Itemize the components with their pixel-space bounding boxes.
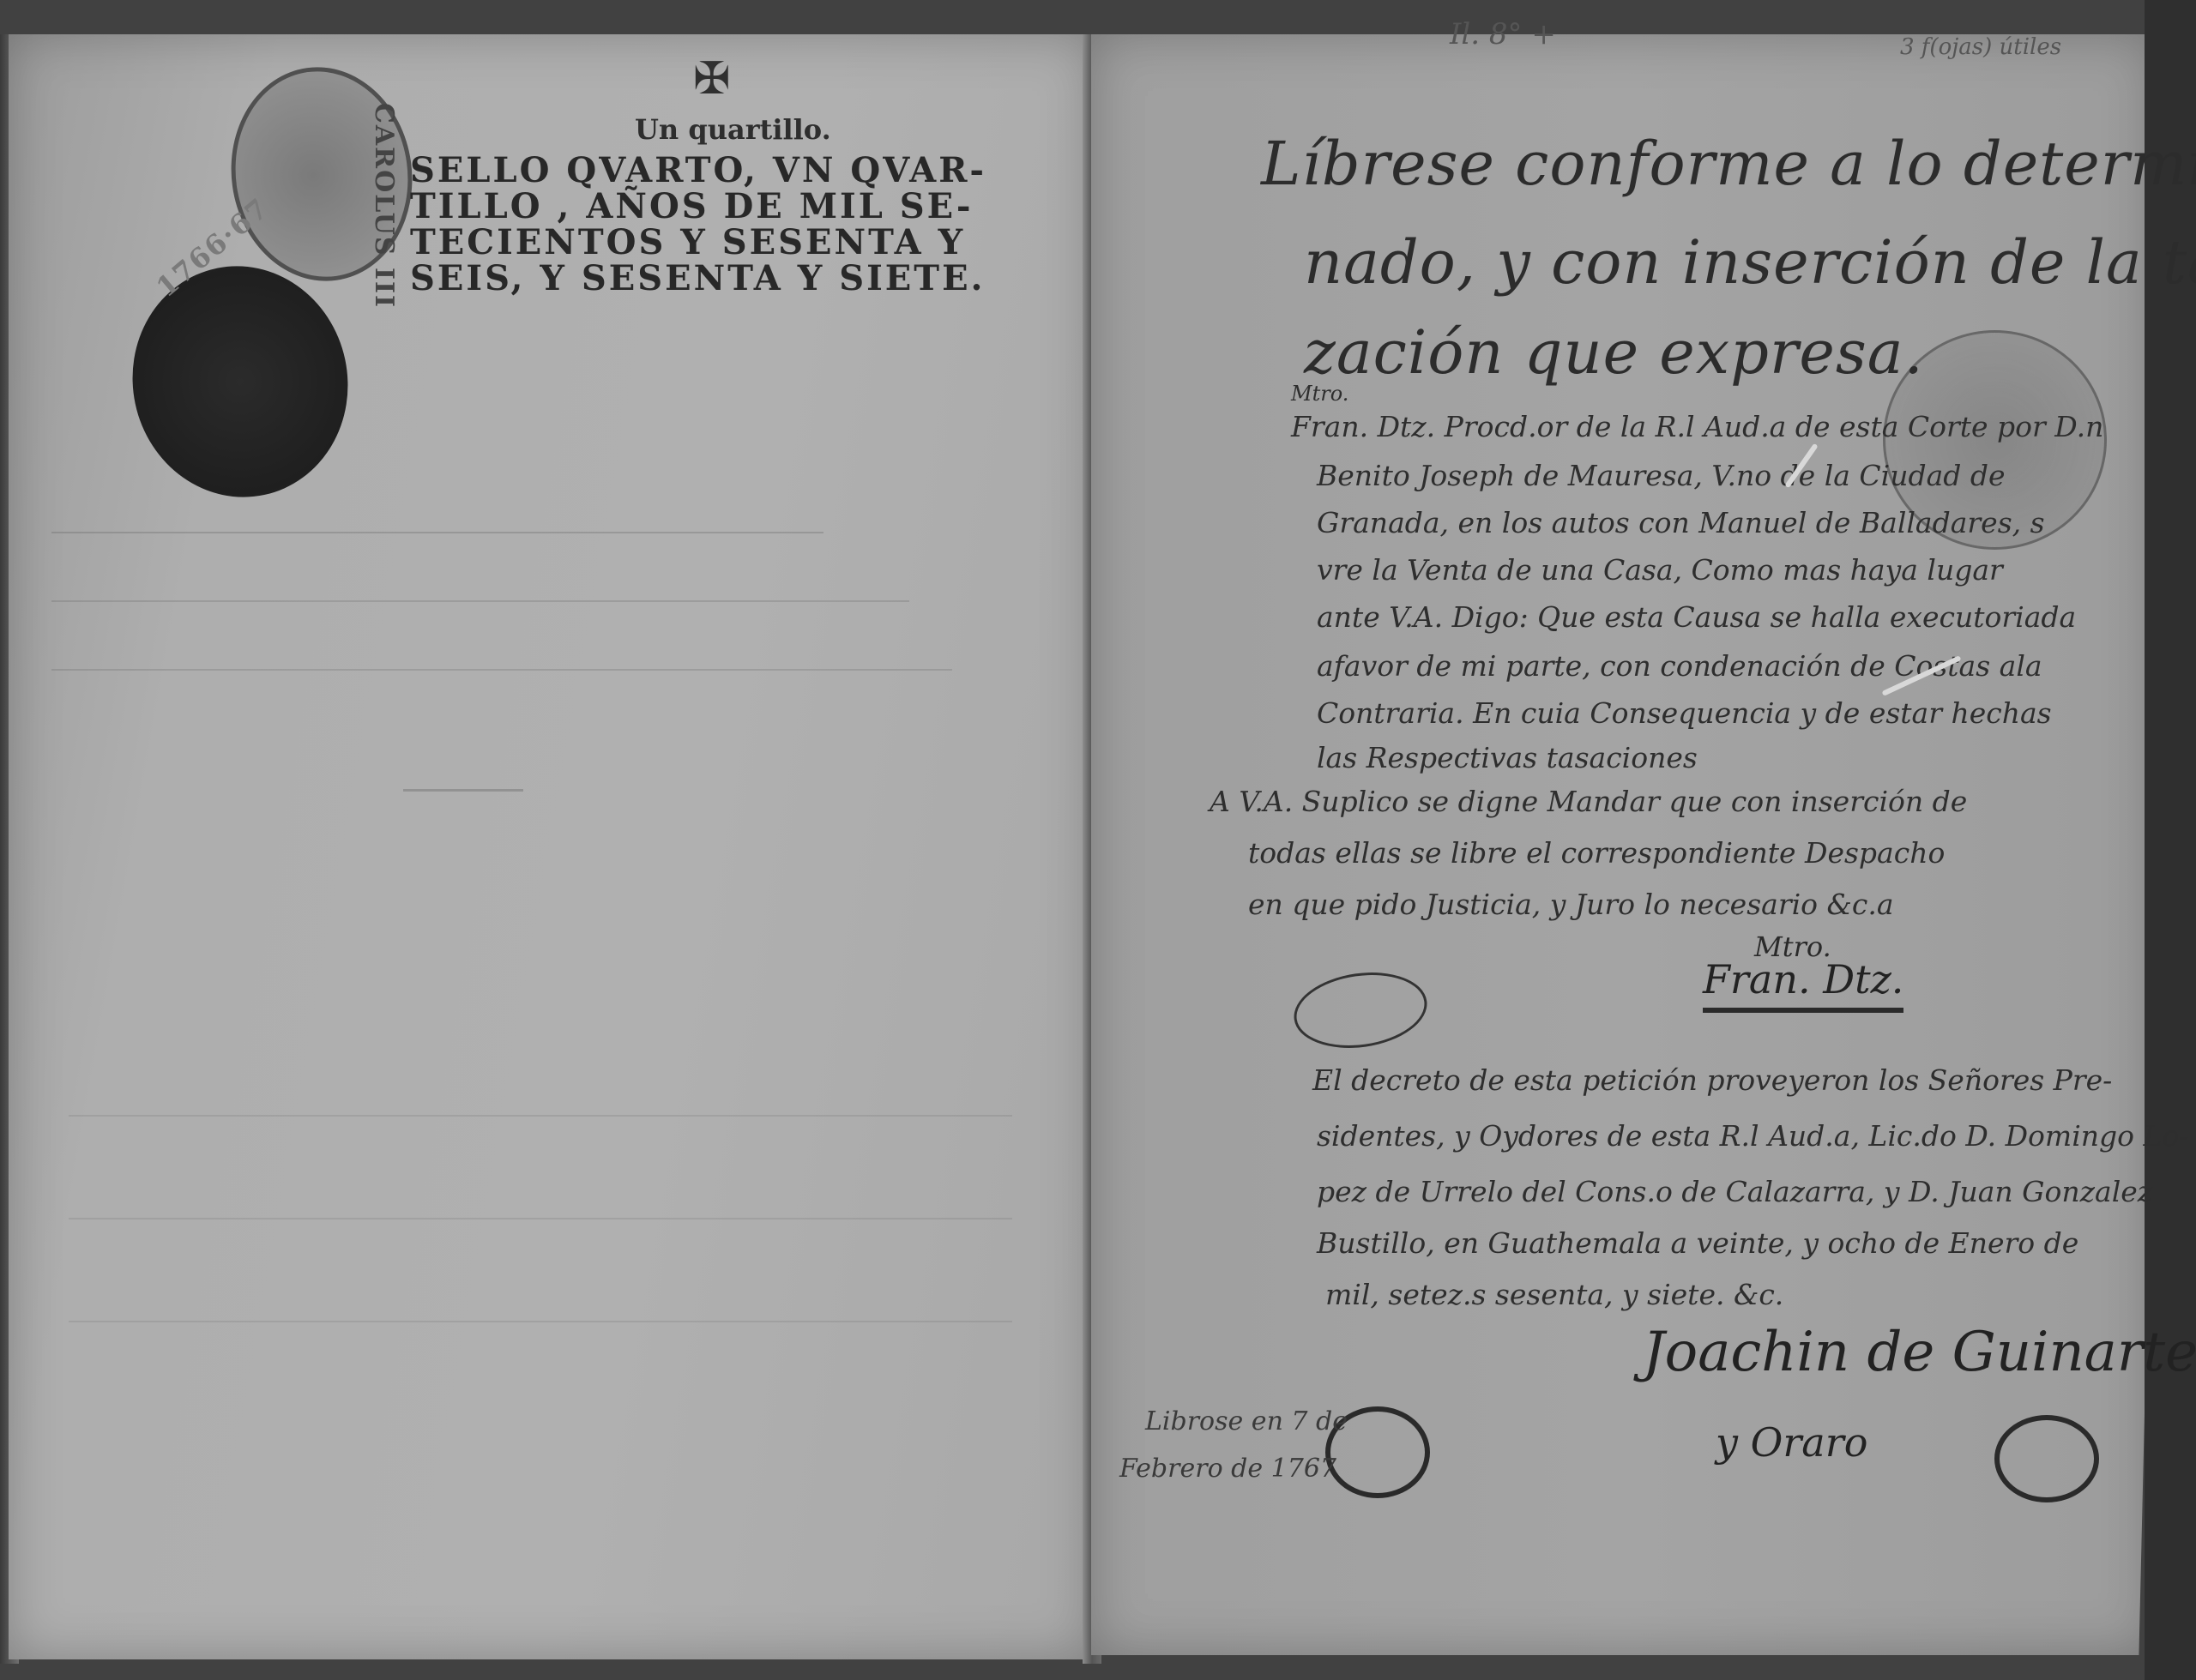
stamp-line: SELLO QVARTO, VN QVAR- <box>410 153 1028 189</box>
petition-line: las Respectivas tasaciones <box>1317 741 1698 774</box>
petitioner-signature: Fran. Dtz. <box>1703 956 1903 1013</box>
decree-line: El decreto de esta petición proveyeron l… <box>1312 1063 2112 1097</box>
stamp-value: Un quartillo. <box>635 113 831 146</box>
decree-line: mil, setez.s sesenta, y siete. &c. <box>1325 1278 1783 1311</box>
request-line: en que pido Justicia, y Juro lo necesari… <box>1248 888 1894 921</box>
petition-heading: Mtro. <box>1291 382 1348 406</box>
marginal-note-line: Febrero de 1767 <box>1119 1454 1336 1484</box>
petition-line: afavor de mi parte, con condenación de C… <box>1317 649 2042 683</box>
title-line: Líbrese conforme a lo determi- <box>1261 129 2196 199</box>
request-line: A V.A. Suplico se digne Mandar que con i… <box>1210 785 1967 818</box>
title-line: nado, y con inserción de la ta- <box>1304 227 2196 298</box>
request-line: todas ellas se libre el correspondiente … <box>1248 836 1945 870</box>
cross-emblem-icon: ✠ <box>693 53 731 105</box>
stamp-line: TILLO , AÑOS DE MIL SE- <box>410 189 1028 225</box>
decree-line: sidentes, y Oydores de esta R.l Aud.a, L… <box>1317 1119 2188 1153</box>
stamp-line: TECIENTOS Y SESENTA Y <box>410 225 1028 261</box>
petition-line: Granada, en los autos con Manuel de Ball… <box>1317 506 2045 539</box>
petition-line: Contraria. En cuia Consequencia y de est… <box>1317 696 2052 730</box>
clerk-signature-suffix: y Oraro <box>1716 1419 1867 1466</box>
petition-line: Benito Joseph de Mauresa, V.no de la Ciu… <box>1317 459 2006 492</box>
title-line: zación que expresa. <box>1304 317 1924 388</box>
folio-count-note: 3 f(ojas) útiles <box>1900 34 2061 60</box>
marginal-note-line: Librose en 7 de <box>1145 1406 1348 1436</box>
folio-note: Il. 8° + <box>1450 17 1556 51</box>
clerk-signature: Joachin de Guinarte <box>1643 1321 2196 1384</box>
petition-line: Fran. Dtz. Procd.or de la R.l Aud.a de e… <box>1291 410 2103 443</box>
royal-seal-inscription: CAROLUS III <box>369 103 399 309</box>
decree-line: pez de Urrelo del Cons.o de Calazarra, y… <box>1317 1175 2152 1208</box>
petition-line: ante V.A. Digo: Que esta Causa se halla … <box>1317 600 2076 634</box>
stamp-line: SEIS, Y SESENTA Y SIETE. <box>410 261 1028 297</box>
decree-line: Bustillo, en Guathemala a veinte, y ocho… <box>1317 1226 2078 1260</box>
signature-flourish <box>1994 1415 2099 1502</box>
petition-line: vre la Venta de una Casa, Como mas haya … <box>1317 553 2003 587</box>
stamp-header-text: SELLO QVARTO, VN QVAR- TILLO , AÑOS DE M… <box>410 153 1028 297</box>
